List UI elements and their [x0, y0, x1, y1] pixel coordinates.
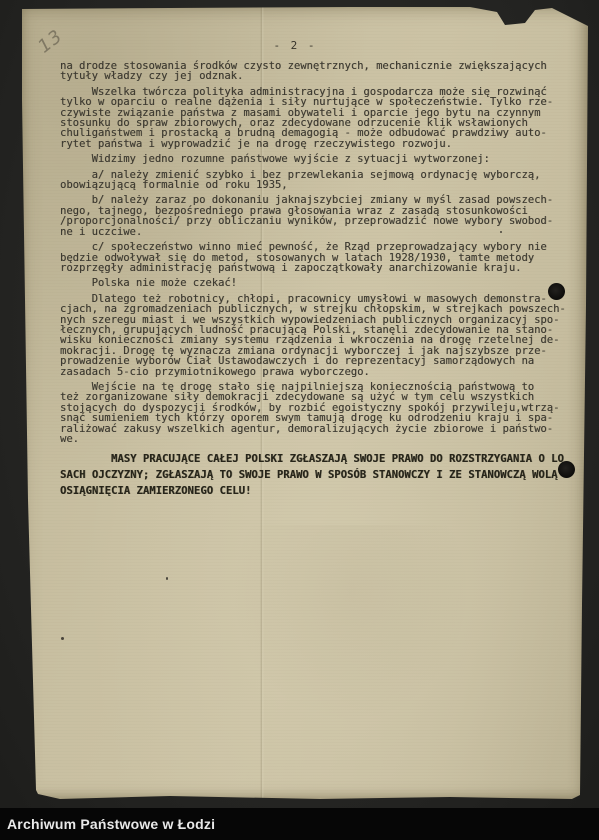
paragraph: na drodze stosowania środków czysto zewn…	[60, 61, 582, 82]
paragraph: c/ społeczeństwo winno mieć pewność, że …	[60, 242, 582, 273]
punch-hole-dot	[548, 283, 565, 300]
punch-hole-dot	[558, 461, 575, 478]
text-line: obowiązującą formalnie od roku 1935,	[60, 180, 582, 190]
paragraph: Widzimy jedno rozumne państwowe wyjście …	[60, 154, 582, 164]
scan-viewer-stage: 13 - 2 - na drodze stosowania środków cz…	[0, 0, 599, 840]
text-line: ne i uczciwe.	[60, 227, 582, 237]
text-line: c/ społeczeństwo winno mieć pewność, że …	[60, 242, 582, 252]
archive-name-label: Archiwum Państwowe w Łodzi	[0, 816, 215, 832]
page-number: - 2 -	[250, 39, 340, 52]
text-line: MASY PRACUJĄCE CAŁEJ POLSKI ZGŁASZAJĄ SW…	[60, 451, 582, 467]
text-line: OSIĄGNIĘCIA ZAMIERZONEGO CELU!	[60, 483, 582, 499]
text-line: Polska nie może czekać!	[60, 278, 582, 288]
paragraph: Wszelka twórcza polityka administracyjna…	[60, 87, 582, 149]
text-line: rozprzęgły administrację państwową i zap…	[60, 263, 582, 273]
paragraph: b/ należy zaraz po dokonaniu jaknajszybc…	[60, 195, 582, 237]
text-line: prowadzenie wyborów Ciał Ustawodawczych …	[60, 356, 582, 366]
paragraph: Wejście na tę drogę stało się najpilniej…	[60, 382, 582, 444]
paragraph: Polska nie może czekać!	[60, 278, 582, 288]
ink-speck	[166, 577, 168, 580]
text-line: we.	[60, 434, 582, 444]
document-text: na drodze stosowania środków czysto zewn…	[60, 61, 582, 499]
text-line: zasadach 5-cio przymiotnikowego prawa wy…	[60, 367, 582, 377]
text-line: SACH OJCZYZNY; ZGŁASZAJĄ TO SWOJE PRAWO …	[60, 467, 582, 483]
paragraph: a/ należy zmienić szybko i bez przewleka…	[60, 170, 582, 191]
text-line: tytuły władzy czy jej odznak.	[60, 71, 582, 81]
handwritten-mark: 13	[34, 26, 67, 58]
archive-footer-bar: Archiwum Państwowe w Łodzi	[0, 808, 599, 840]
text-line: Widzimy jedno rozumne państwowe wyjście …	[60, 154, 582, 164]
paper-stain	[210, 525, 490, 745]
text-line: cjach, na zgromadzeniach publicznych, w …	[60, 304, 582, 314]
paragraph: Dlatego też robotnicy, chłopi, pracownic…	[60, 294, 582, 377]
document-page: 13 - 2 - na drodze stosowania środków cz…	[20, 5, 590, 803]
text-line: raliżować zakusy wszelkich agentur, demo…	[60, 424, 582, 434]
paragraph: MASY PRACUJĄCE CAŁEJ POLSKI ZGŁASZAJĄ SW…	[60, 451, 582, 499]
ink-speck	[61, 637, 64, 640]
text-line: rytet państwa i wyprowadzić je na drogę …	[60, 139, 582, 149]
